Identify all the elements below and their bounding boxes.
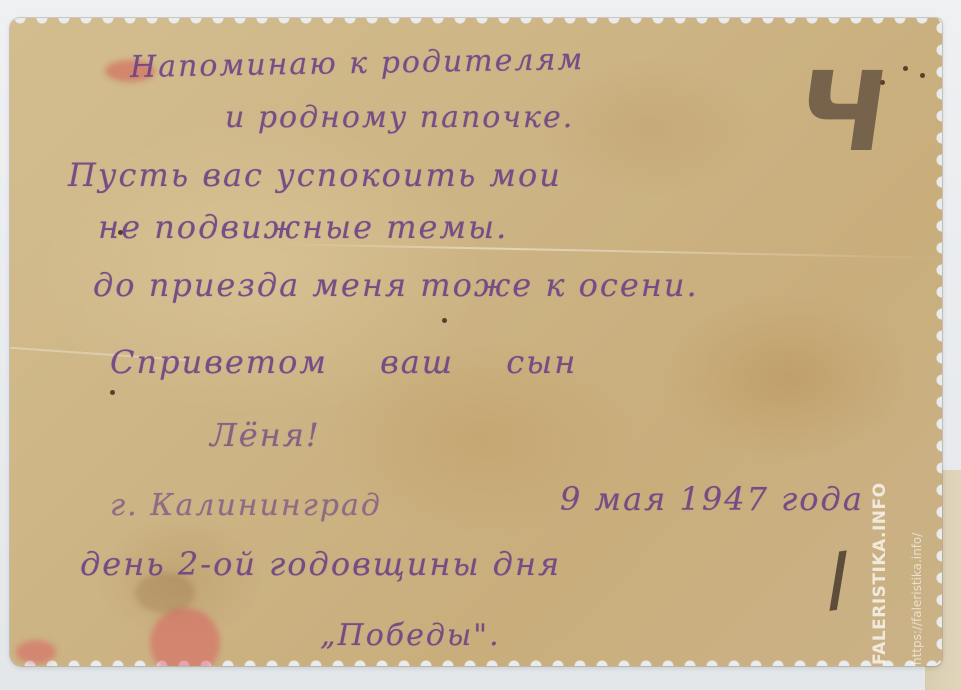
deckled-edge-top: [10, 18, 942, 26]
scan-background: Напоминаю к родителям и родному папочке.…: [0, 0, 961, 690]
handwriting-line-victory: „Победы".: [320, 618, 501, 653]
handwriting-line-1: Напоминаю к родителям: [130, 42, 585, 85]
watermark: FALERISTIKA.INFO https://faleristika.inf…: [870, 470, 930, 670]
handwriting-date: 9 мая 1947 года: [560, 480, 864, 518]
ink-spot: [920, 73, 925, 78]
handwriting-line-occasion: день 2-ой годовщины дня: [80, 545, 561, 583]
postcard: Напоминаю к родителям и родному папочке.…: [10, 18, 942, 666]
handwriting-place: г. Калининград: [110, 488, 382, 523]
watermark-url: https://faleristika.info/: [910, 533, 924, 665]
deckled-edge-right: [934, 18, 942, 666]
handwriting-line-2: и родному папочке.: [225, 100, 574, 135]
handwriting-line-4: не подвижные темы.: [98, 208, 508, 246]
handwriting-line-3: Пусть вас успокоить мои: [68, 156, 562, 194]
pencil-mark-bottom-right: /: [819, 537, 856, 622]
ink-spot: [110, 390, 115, 395]
ink-spot: [442, 318, 447, 323]
red-stain: [16, 640, 56, 664]
handwriting-signoff: Сприветом ваш сын: [110, 343, 577, 381]
ink-spot: [903, 66, 908, 71]
handwriting-line-5: до приезда меня тоже к осени.: [93, 266, 699, 304]
watermark-brand: FALERISTIKA.INFO: [870, 482, 890, 665]
handwriting-signature: Лёня!: [210, 416, 321, 454]
red-stain: [150, 608, 220, 666]
deckled-edge-bottom: [10, 658, 942, 666]
pencil-mark-top-right: Ч: [789, 48, 896, 176]
